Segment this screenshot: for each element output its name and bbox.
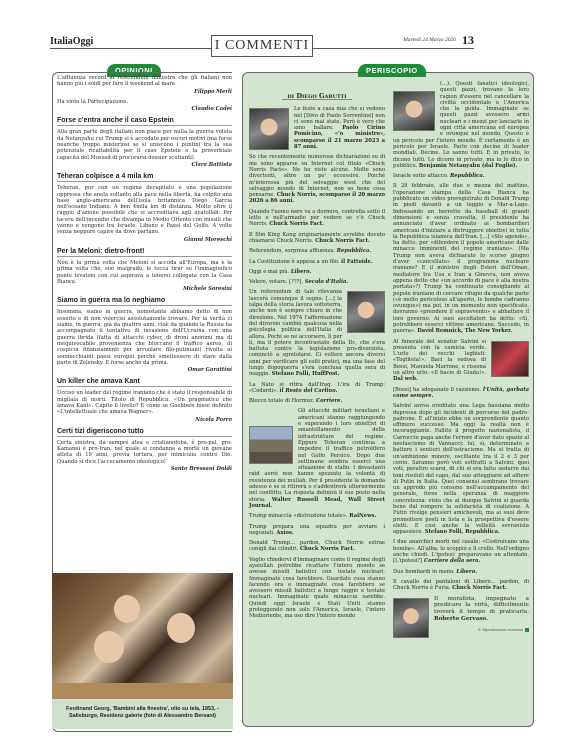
opinion-text: Alla gran parte degli italiani non piace… (57, 129, 232, 160)
quote-source: Walter Russell Mead, Wall Street Journal… (249, 497, 385, 509)
periscopio-left-column: di Diego Gabutti Le feste a casa mia che… (249, 81, 385, 624)
quote-item: Il moralista, impegnato a predicare la v… (393, 596, 529, 623)
page-number: 13 (462, 33, 474, 48)
quote-item: La Nato si ritira dall'Iraq. L'ira di Tr… (249, 382, 385, 395)
quote-item: I due anarchici morti nel casale: «Costr… (393, 539, 529, 564)
quote-item: Le feste a casa mia che si vedono nel [D… (249, 106, 385, 150)
quote-text: Il moralista, impegnato a predicare la v… (434, 596, 529, 616)
periscopio-right-column: (...). Questi fanatici ideologici, quest… (393, 81, 529, 640)
face-shape (348, 292, 384, 332)
quote-item: So che recentemente numerose dichiarazio… (249, 154, 385, 204)
quote-text: [Bossi] ha sdoganato il razzismo. (393, 387, 481, 393)
war-scene-photo (249, 426, 293, 464)
opinion-item: L'affluenza record al referendum dimostr… (57, 75, 232, 95)
quote-text: Al funerale del senatur Salvini si prese… (393, 339, 486, 376)
opinion-author: Filippo Merli (57, 89, 232, 95)
quote-item: Israele sotto attacco. Repubblica. (393, 173, 529, 179)
face-shape (250, 109, 288, 149)
opinion-author: Claudio Cadei (57, 106, 232, 112)
quote-item: Volere, votare. [???]. Secolo d'Italia. (249, 279, 385, 285)
quote-source: Libero. (291, 269, 311, 275)
face-shape (394, 92, 434, 130)
quote-item: Trump minaccia «distruzione totale». Rai… (249, 513, 385, 519)
quote-item: Il cavallo dei pantaloni di Libero... pa… (393, 579, 529, 592)
opinion-headline: Un killer che amava Kant (57, 377, 232, 387)
quote-text: Voglio chiedervi d'immaginare come il re… (249, 557, 385, 620)
quote-source: Chuck Norris Fact. (315, 238, 370, 244)
quote-source: il Resto del Carlino. (280, 388, 338, 394)
quote-text: Trump minaccia «distruzione totale». (249, 513, 348, 519)
opinion-author: Clara Battista (57, 162, 232, 168)
quote-source: Secolo d'Italia. (305, 279, 348, 285)
opinion-text: Non è la prima volta che Meloni si accod… (57, 260, 232, 285)
opinion-author: Santo Bressani Doldi (57, 466, 232, 472)
window-frame-shape (52, 683, 233, 699)
quote-text: Referendum, sorpresa affluenza. (249, 248, 335, 254)
opinion-item: Teheran colpisce a 4 mila km Teheran, pu… (57, 172, 232, 243)
opinion-author: Nicola Porro (57, 417, 232, 423)
quote-item: Blocco totale di Hormuz. Corriere. (249, 398, 385, 404)
quote-text: Due bombardi in meno. (393, 569, 455, 575)
quote-item: Il 28 febbraio, alle due e mezza del mat… (393, 183, 529, 334)
opinion-item: Siamo in guerra ma lo neghiamo Insomma, … (57, 296, 232, 373)
quote-text: Trump prepara una squadra per avviare i … (249, 524, 385, 536)
opinion-text: Certa sinistra, da sempre atea e cristia… (57, 440, 232, 465)
quote-text: Volere, votare. [???]. (249, 279, 303, 285)
opinioni-column: L'affluenza record al referendum dimostr… (52, 72, 232, 732)
opinion-item: Forse c'entra anche il caso Epstein Alla… (57, 116, 232, 168)
quote-item: La Costituzione è appesa a un filo. il F… (249, 259, 385, 265)
quote-item: Gli attacchi militari israeliani e ameri… (249, 408, 385, 509)
quote-source: Repubblica. (450, 173, 485, 179)
quote-item: Trump prepara una squadra per avviare i … (249, 524, 385, 537)
quote-item: Il film King Kong originariamente avrebb… (249, 232, 385, 245)
painting-caption: Ferdinand Georg, 'Bambini alla finestra'… (52, 699, 233, 729)
quote-source: Dal web. (393, 376, 418, 382)
opinion-text: Insomma, siamo in guerra, nonostante abb… (57, 309, 232, 366)
quote-item: Al funerale del senatur Salvini si prese… (393, 339, 529, 383)
byline: di Diego Gabutti (282, 93, 352, 100)
quote-item: Salvini aveva ereditato una Lega bassian… (393, 403, 529, 535)
quote-source: Chuck Norris Fact. (269, 221, 324, 227)
face-shape (394, 599, 428, 637)
quote-item: (...). Questi fanatici ideologici, quest… (393, 81, 529, 169)
periscopio-badge: PERISCOPIO (358, 64, 426, 77)
quote-source: Stefano Folli, HuffPost. (272, 371, 340, 377)
page-header: ItaliaOggi I COMMENTI Martedì 24 Marzo 2… (50, 33, 474, 63)
quote-text: Salvini aveva ereditato una Lega bassian… (393, 403, 529, 535)
opinion-item: Per la Meloni: dietro-front! Non è la pr… (57, 247, 232, 292)
quote-item: [Bossi] ha sdoganato il razzismo. l'Unit… (393, 387, 529, 400)
opinion-headline: Teheran colpisce a 4 mila km (57, 172, 232, 182)
quote-item: Oggi e mai più. Libero. (249, 269, 385, 275)
quote-source: il Fattoide. (341, 259, 372, 265)
opinion-headline: Certi tizi digeriscono tutto (57, 427, 232, 437)
quote-source: Libero. (456, 569, 476, 575)
opinion-text: Ha vinto la Partecipazione. (57, 99, 232, 105)
copyright-text: © Riproduzione riservata (478, 627, 523, 633)
quote-source: Chuck Norris Fact. (300, 546, 355, 552)
quote-item: Donald Trump... pardon, Chuck Norris est… (249, 540, 385, 553)
quote-source: David Remnick, The New Yorker. (417, 328, 512, 334)
periscopio-box: di Diego Gabutti Le feste a casa mia che… (242, 72, 534, 727)
quote-text: Israele sotto attacco. (393, 173, 448, 179)
quote-text: Oggi e mai più. (249, 269, 289, 275)
quote-text: Il 28 febbraio, alle due e mezza del mat… (393, 183, 529, 334)
opinion-item: Ha vinto la Partecipazione. Claudio Cade… (57, 99, 232, 113)
opinion-headline: Per la Meloni: dietro-front! (57, 247, 232, 257)
portrait-photo (347, 291, 385, 333)
section-title: I COMMENTI (211, 35, 313, 57)
quote-source: Corriere. (316, 398, 342, 404)
opinion-author: Omar Garattini (57, 367, 232, 373)
salvini-photo (491, 341, 529, 377)
quote-item: Quando l'uomo nero va a dormire, control… (249, 209, 385, 228)
opinion-headline: Forse c'entra anche il caso Epstein (57, 116, 232, 126)
quote-source: Roberto Gervaso. (434, 616, 488, 622)
end-square-icon (525, 628, 529, 632)
quote-source: Corriere della sera. (424, 558, 480, 564)
portrait-photo (393, 91, 435, 131)
quote-item: Referendum, sorpresa affluenza. Repubbli… (249, 248, 385, 254)
brand-logo: ItaliaOggi (50, 36, 93, 47)
portrait-photo (249, 108, 289, 150)
opinion-author: Michele Soresini (57, 286, 232, 292)
quote-source: Chuck Norris Fact. (452, 585, 507, 591)
quote-item: Un referendum di tale rilevanza lascerà … (249, 289, 385, 377)
gervaso-portrait-photo (393, 598, 429, 638)
quote-source: Axios. (276, 530, 293, 536)
child-face-shape (114, 595, 140, 623)
painting-image (52, 573, 233, 699)
opinion-item: Certi tizi digeriscono tutto Certa sinis… (57, 427, 232, 472)
child-face-shape (167, 613, 195, 643)
quote-text: Blocco totale di Hormuz. (249, 398, 314, 404)
opinion-text: Ucciso un leader del regime iraniano che… (57, 390, 232, 415)
opinion-headline: Siamo in guerra ma lo neghiamo (57, 296, 232, 306)
quote-source: RaiNews. (349, 513, 376, 519)
opinion-author: Gianni Moreschi (57, 237, 232, 243)
quote-source: Benjamin Netanyahu (dal Foglio). (419, 163, 517, 169)
quote-source: Repubblica. (337, 248, 372, 254)
quote-item: Voglio chiedervi d'immaginare come il re… (249, 557, 385, 620)
issue-date: Martedì 24 Marzo 2026 (403, 37, 456, 43)
quote-item: Due bombardi in meno. Libero. (393, 569, 529, 575)
quote-source: Stefano Folli, Repubblica. (425, 529, 500, 535)
opinion-item: Un killer che amava Kant Ucciso un leade… (57, 377, 232, 422)
quote-text: La Costituzione è appesa a un filo. (249, 259, 340, 265)
opinion-text: Teheran, pur con un regime decapitato e … (57, 185, 232, 235)
opinion-text: L'affluenza record al referendum dimostr… (57, 75, 232, 88)
child-face-shape (94, 631, 124, 663)
